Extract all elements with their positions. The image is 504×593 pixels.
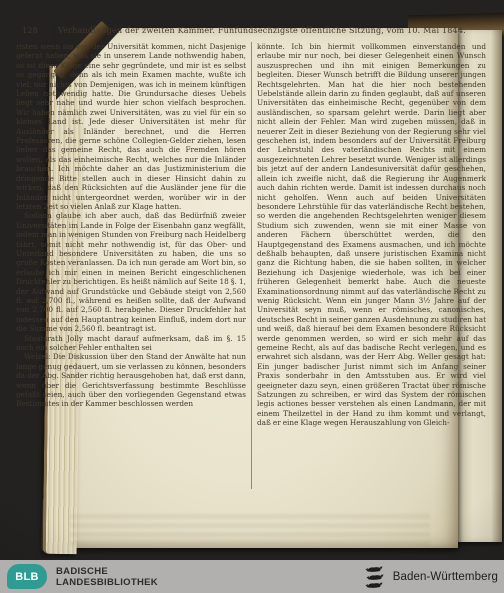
library-footer-bar: BLB BADISCHE LANDESBIBLIOTHEK — [0, 560, 504, 593]
header-title: Verhandlungen der zweiten Kammer. Fünfun… — [38, 26, 486, 35]
state-name: Baden-Württemberg — [393, 571, 498, 583]
state-branding: Baden-Württemberg — [364, 565, 498, 589]
blb-logo-icon: BLB — [7, 564, 47, 589]
running-header: 128 Verhandlungen der zweiten Kammer. Fü… — [16, 26, 486, 35]
page-content: 128 Verhandlungen der zweiten Kammer. Fü… — [16, 26, 486, 593]
paragraph: Welzel: Die Diskussion über den Stand de… — [16, 352, 246, 408]
library-name: BADISCHE LANDESBIBLIOTHEK — [56, 566, 158, 588]
book-scan-viewport: 128 Verhandlungen der zweiten Kammer. Fü… — [0, 0, 504, 593]
library-name-line1: BADISCHE — [56, 566, 158, 577]
paragraph: risten wenn sie von der Universität komm… — [16, 42, 246, 211]
library-name-line2: LANDESBIBLIOTHEK — [56, 577, 158, 588]
text-columns: risten wenn sie von der Universität komm… — [16, 42, 486, 489]
paragraph: könnte. Ich bin hiermit vollkommen einve… — [257, 42, 486, 428]
paragraph: Staatsrath Jolly macht darauf aufmerksam… — [16, 334, 246, 353]
column-left: risten wenn sie von der Universität komm… — [16, 42, 251, 489]
column-right: könnte. Ich bin hiermit vollkommen einve… — [251, 42, 486, 489]
baden-wuerttemberg-arms-icon — [364, 565, 386, 589]
page-number: 128 — [22, 26, 38, 35]
paragraph: Sodann glaube ich aber auch, daß das Bed… — [16, 211, 246, 333]
blb-logo-text: BLB — [15, 571, 39, 583]
